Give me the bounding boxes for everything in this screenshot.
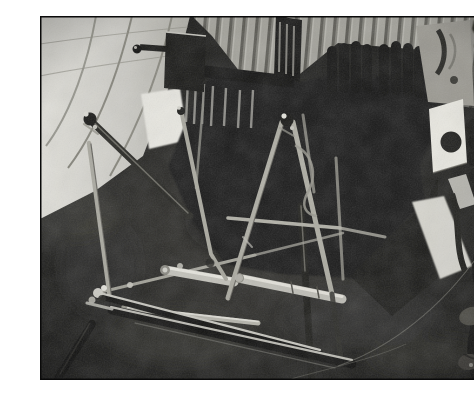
photograph-content — [40, 16, 474, 384]
film-blotch-overlay — [40, 16, 474, 380]
aircraft-interior-photo — [40, 16, 474, 386]
photo-bottom-margin — [40, 379, 474, 386]
